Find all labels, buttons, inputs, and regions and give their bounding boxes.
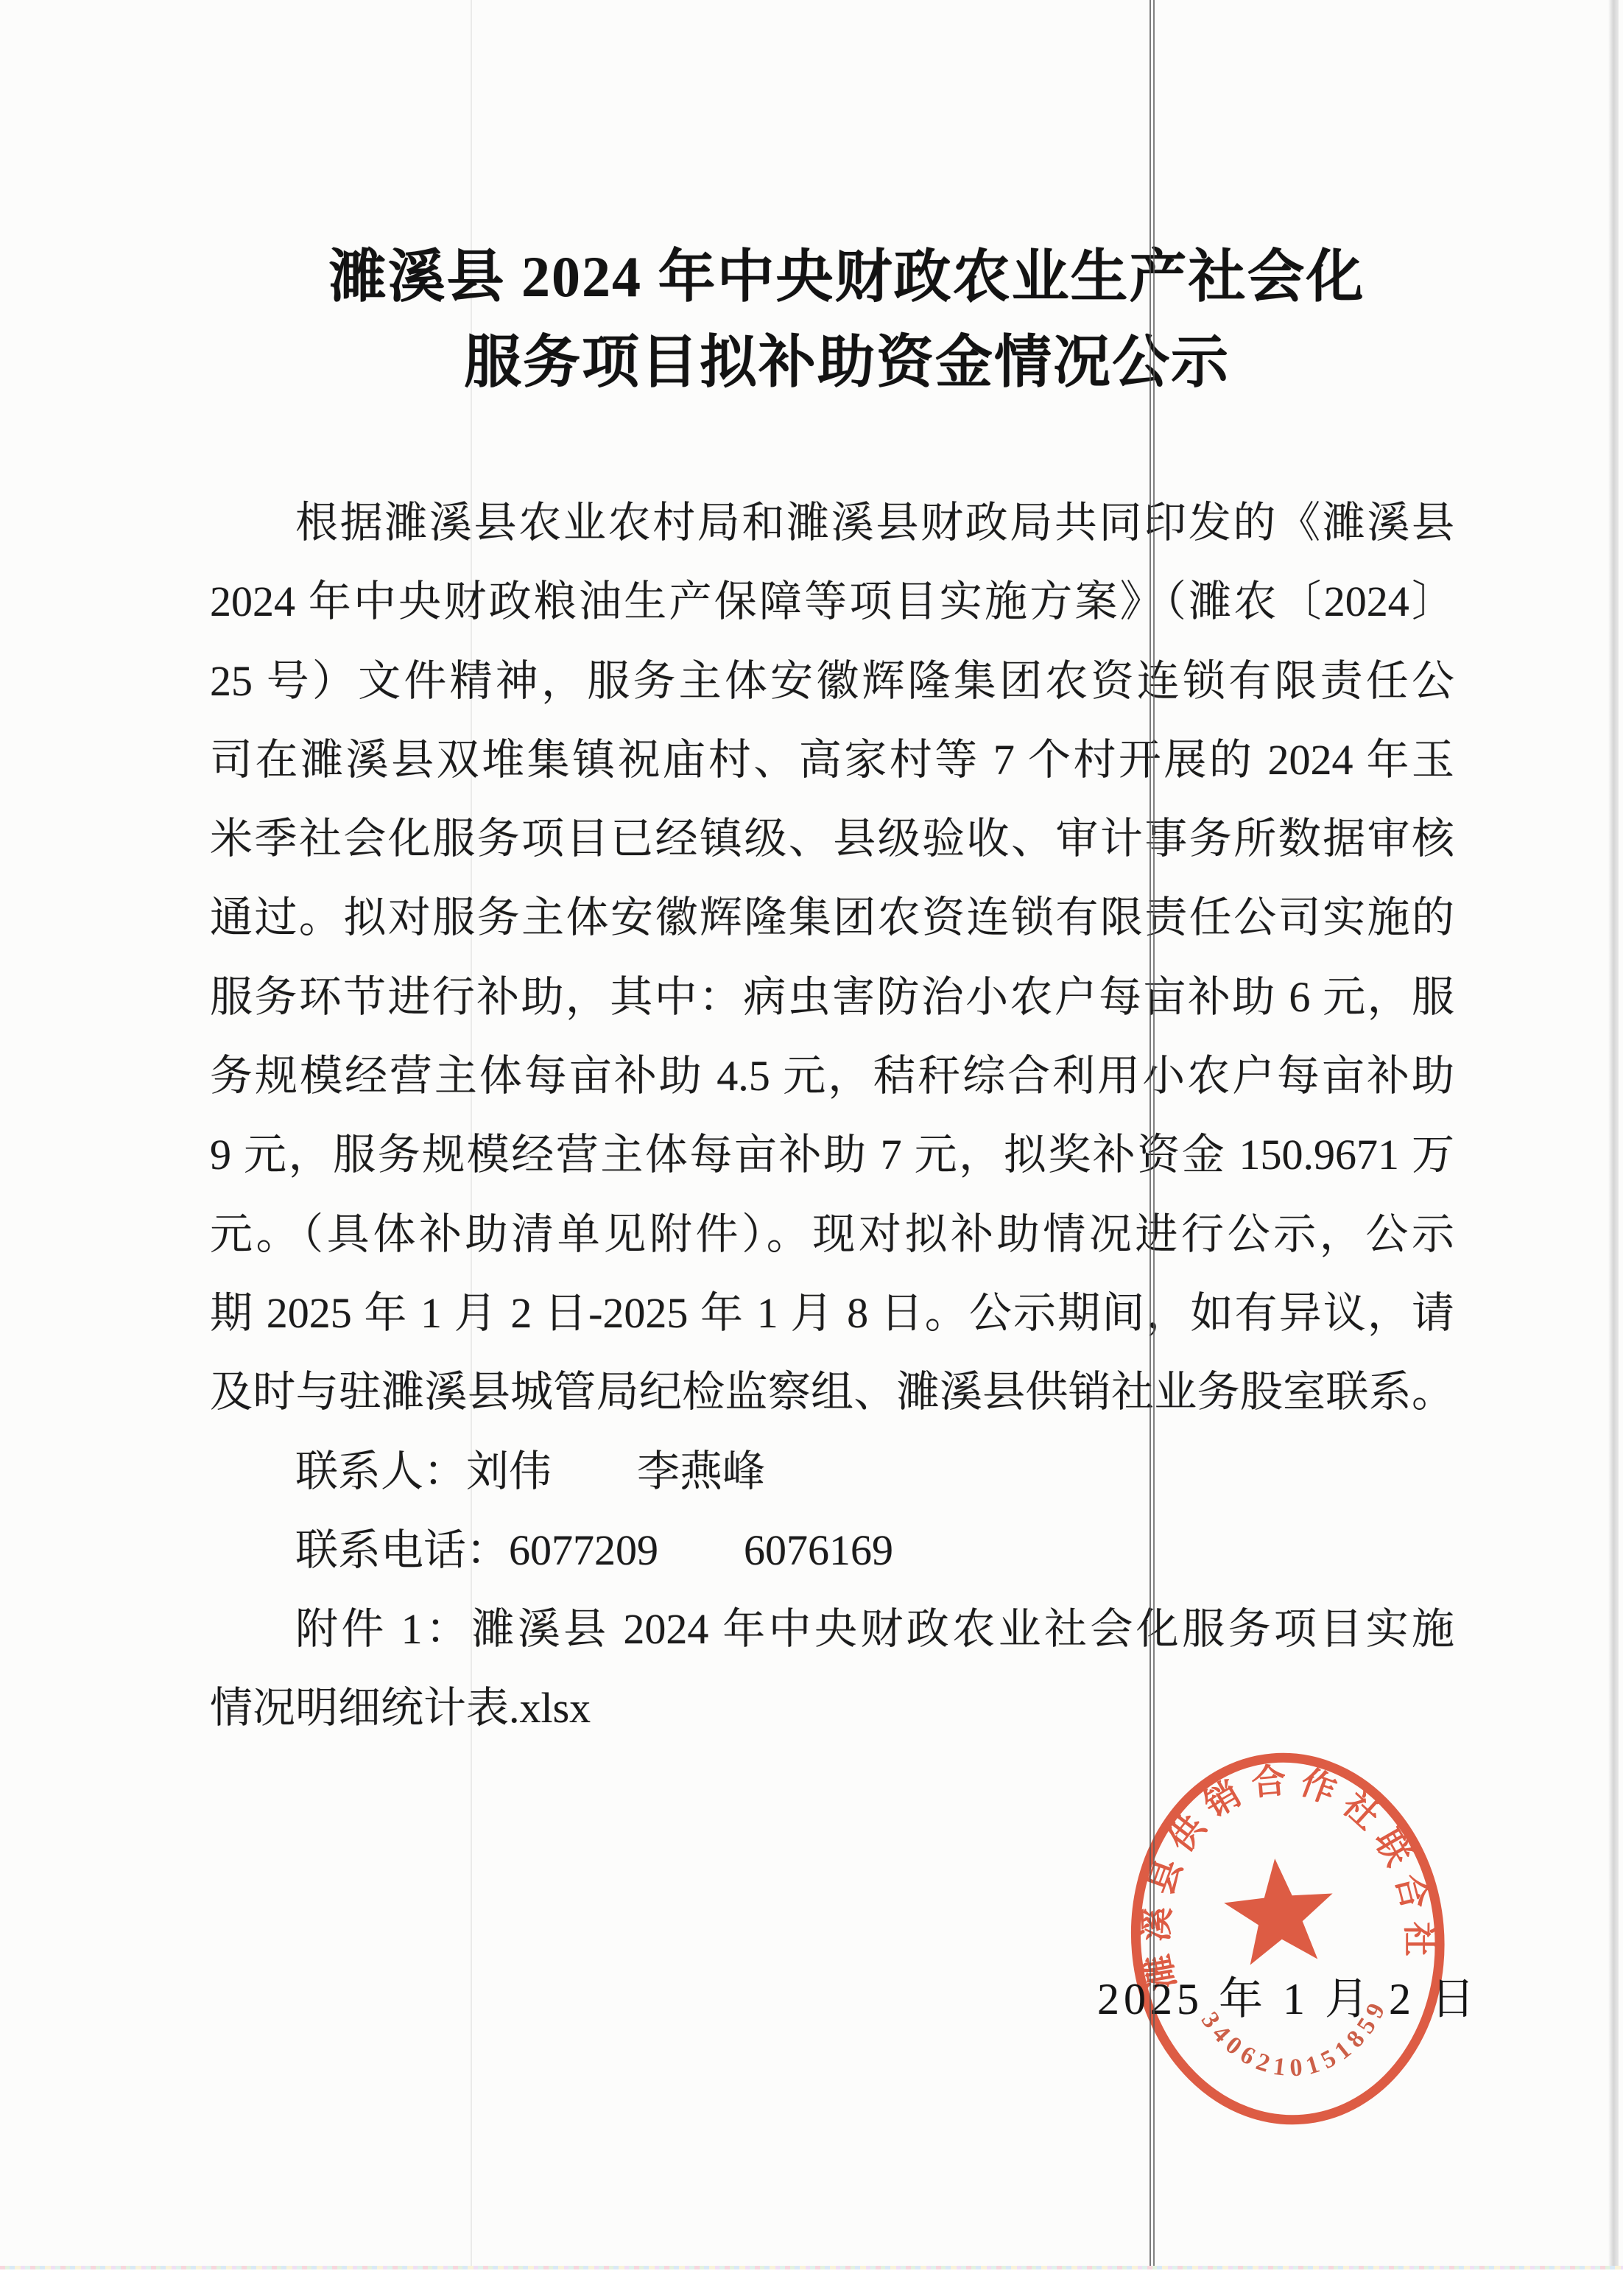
- scan-right-edge-band: [1608, 0, 1619, 2266]
- seal-star-icon: [1220, 1854, 1338, 1967]
- official-seal: 濉溪县供销合作社联合社 3406210151859: [1102, 1724, 1474, 2158]
- paragraph-line: 通过。拟对服务主体安徽辉隆集团农资连锁有限责任公司实施的: [210, 878, 1454, 957]
- paragraph-line: 25 号）文件精神，服务主体安徽辉隆集团农资连锁有限责任公: [210, 642, 1454, 720]
- svg-text:濉溪县供销合作社联合社: 濉溪县供销合作社联合社: [1122, 1750, 1441, 1993]
- title-line-2: 服务项目拟补助资金情况公示: [221, 320, 1473, 405]
- scan-fold-line-dark: [1150, 0, 1155, 2266]
- paragraph-line: 元。（具体补助清单见附件）。现对拟补助情况进行公示，公示: [210, 1195, 1454, 1274]
- paragraph-line: 务规模经营主体每亩补助 4.5 元，秸秆综合利用小农户每亩补助: [210, 1036, 1454, 1115]
- paragraph-line: 根据濉溪县农业农村局和濉溪县财政局共同印发的《濉溪县: [210, 483, 1454, 562]
- paragraph-line: 司在濉溪县双堆集镇祝庙村、高家村等 7 个村开展的 2024 年玉: [210, 720, 1454, 799]
- paragraph-line: 9 元，服务规模经营主体每亩补助 7 元，拟奖补资金 150.9671 万: [210, 1115, 1454, 1194]
- contact-phone-line: 联系电话：6077209 6076169: [210, 1511, 1454, 1590]
- paragraph-line: 米季社会化服务项目已经镇级、县级验收、审计事务所数据审核: [210, 799, 1454, 878]
- paragraph-line: 2024 年中央财政粮油生产保障等项目实施方案》（濉农〔2024〕: [210, 562, 1454, 641]
- paragraph-line: 服务环节进行补助，其中：病虫害防治小农户每亩补助 6 元，服: [210, 958, 1454, 1036]
- title-line-1: 濉溪县 2024 年中央财政农业生产社会化: [221, 234, 1473, 320]
- attachment-line-1: 附件 1：濉溪县 2024 年中央财政农业社会化服务项目实施: [210, 1590, 1454, 1668]
- document-title: 濉溪县 2024 年中央财政农业生产社会化 服务项目拟补助资金情况公示: [221, 234, 1473, 405]
- scanner-background: [0, 2269, 1623, 2296]
- paragraph-line: 期 2025 年 1 月 2 日-2025 年 1 月 8 日。公示期间，如有异…: [210, 1274, 1454, 1352]
- paragraph-line: 及时与驻濉溪县城管局纪检监察组、濉溪县供销社业务股室联系。: [210, 1352, 1454, 1431]
- body-paragraph: 根据濉溪县农业农村局和濉溪县财政局共同印发的《濉溪县 2024 年中央财政粮油生…: [210, 483, 1454, 1748]
- seal-ring-text: 濉溪县供销合作社联合社: [1122, 1750, 1441, 1993]
- page-scan: 濉溪县 2024 年中央财政农业生产社会化 服务项目拟补助资金情况公示 根据濉溪…: [0, 0, 1623, 2296]
- contact-person-line: 联系人：刘伟 李燕峰: [210, 1432, 1454, 1511]
- attachment-line-2: 情况明细统计表.xlsx: [210, 1668, 1454, 1747]
